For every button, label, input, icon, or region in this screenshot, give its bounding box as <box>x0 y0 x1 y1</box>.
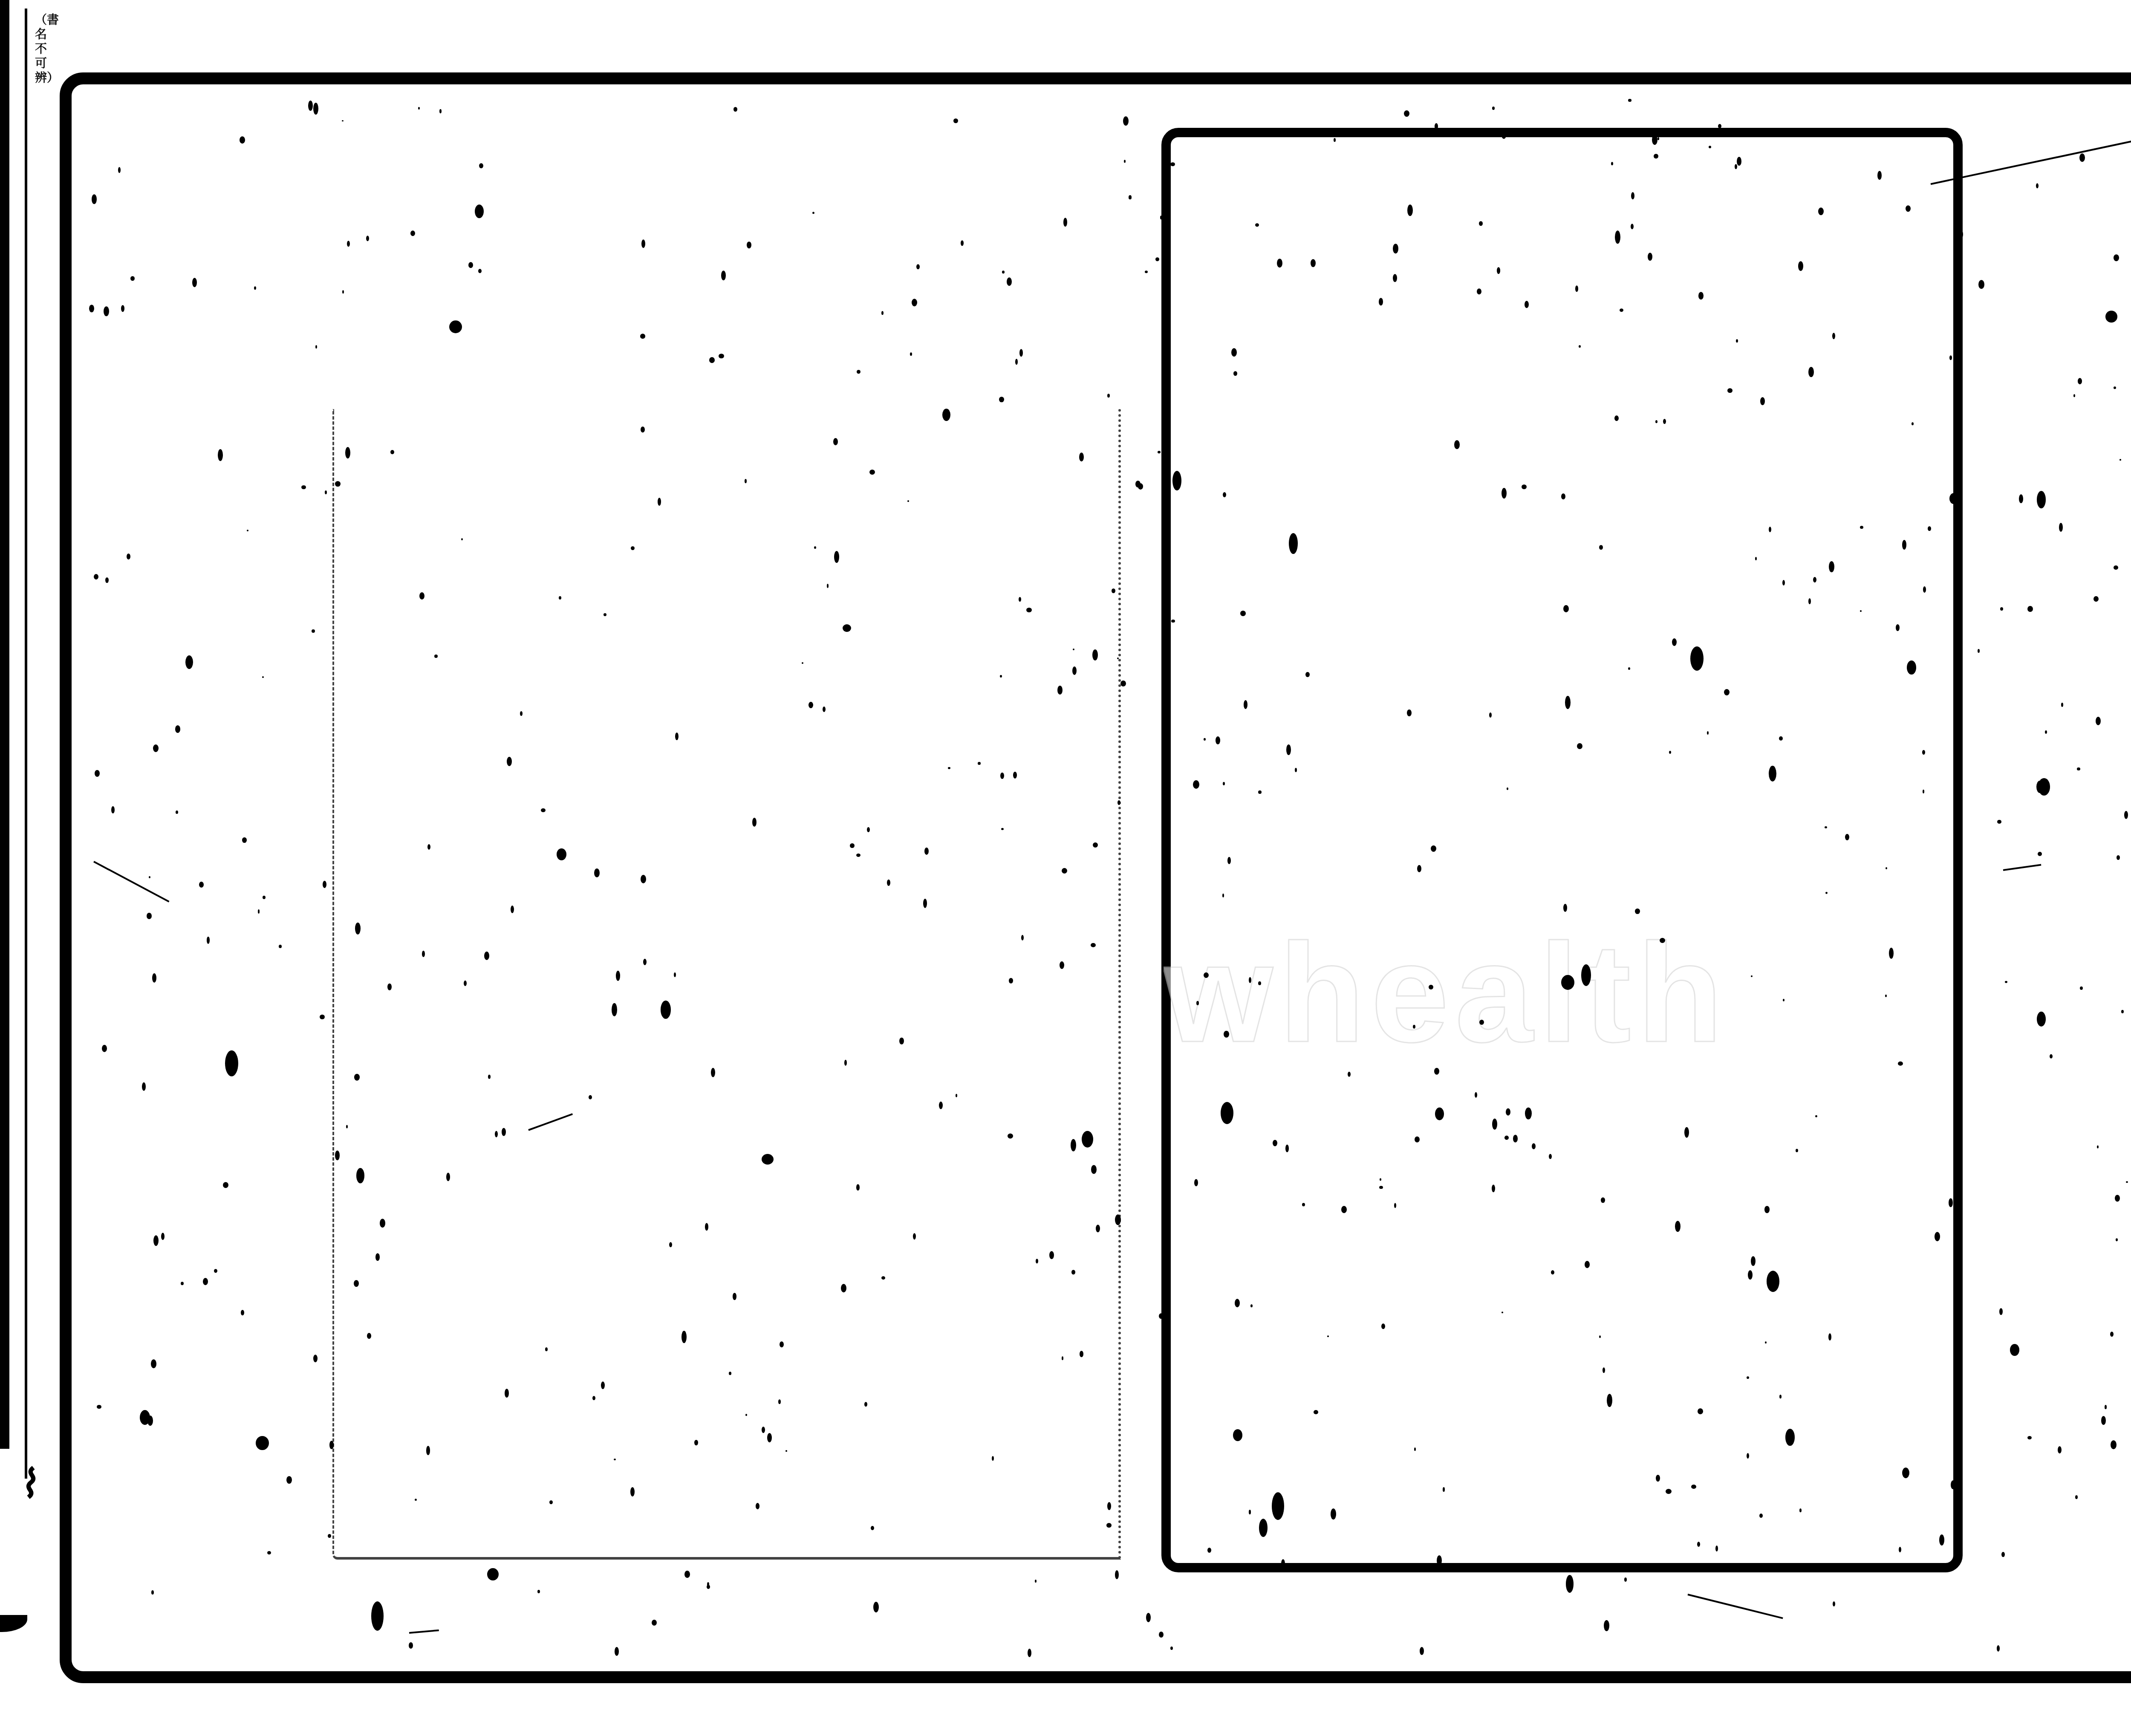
speck <box>2001 1552 2005 1557</box>
speck <box>1666 1489 1672 1494</box>
speck <box>1221 1102 1233 1124</box>
speck <box>913 1233 916 1240</box>
speck <box>1899 1547 1901 1552</box>
speck <box>329 1441 334 1449</box>
speck <box>1655 420 1657 423</box>
speck <box>1599 1335 1601 1338</box>
speck <box>2096 717 2101 725</box>
speck <box>1277 259 1282 268</box>
speck <box>1117 657 1119 659</box>
speck <box>2038 852 2042 856</box>
speck <box>1928 526 1931 531</box>
speck <box>328 1534 331 1538</box>
speck <box>1502 488 1507 499</box>
speck <box>1082 1131 1093 1148</box>
speck <box>2000 607 2003 611</box>
speck <box>721 271 726 280</box>
speck <box>380 1219 385 1227</box>
speck <box>1431 845 1436 852</box>
speck <box>2097 1145 2099 1148</box>
speck <box>923 899 927 908</box>
speck <box>2079 153 2085 162</box>
speck <box>1207 1548 1211 1552</box>
speck <box>641 239 645 248</box>
scan-edge <box>0 0 9 1449</box>
speck <box>881 1276 885 1280</box>
speck <box>1155 257 1159 261</box>
speck <box>2093 596 2099 602</box>
speck <box>1249 1510 1251 1514</box>
speck <box>181 1282 184 1285</box>
speck <box>487 1568 499 1580</box>
speck <box>1737 157 1741 166</box>
speck <box>910 352 912 355</box>
speck <box>2010 1344 2019 1356</box>
speck <box>844 1060 847 1066</box>
speck <box>1079 453 1084 461</box>
speck <box>1479 1020 1484 1025</box>
speck <box>1062 1356 1063 1360</box>
speck <box>956 1094 957 1097</box>
speck <box>130 276 135 281</box>
speck <box>1223 782 1225 785</box>
speck <box>652 1620 657 1626</box>
speck <box>2105 311 2117 323</box>
speck <box>1532 1143 1536 1149</box>
speck <box>254 286 256 289</box>
speck <box>942 409 950 421</box>
speck <box>153 744 159 752</box>
speck <box>1949 355 1952 360</box>
speck <box>1648 253 1652 261</box>
speck <box>1420 1647 1424 1655</box>
speck <box>1071 1139 1076 1151</box>
speck <box>1249 977 1251 983</box>
speck <box>1507 787 1508 790</box>
speck <box>1013 772 1017 778</box>
speck <box>1171 620 1175 623</box>
speck <box>1007 277 1012 286</box>
speck <box>707 1585 710 1589</box>
speck <box>354 1074 360 1080</box>
speck <box>887 880 890 886</box>
speck <box>631 546 635 550</box>
speck <box>147 1416 153 1426</box>
speck <box>308 101 313 111</box>
speck <box>705 1223 708 1231</box>
speck <box>1417 865 1421 872</box>
speck <box>1393 244 1398 254</box>
speck <box>1783 999 1784 1001</box>
speck <box>1244 700 1247 709</box>
speck <box>823 707 826 712</box>
speck <box>175 725 180 732</box>
speck <box>2036 183 2039 188</box>
speck <box>767 1433 772 1442</box>
speck <box>589 1095 592 1099</box>
speck <box>1146 1613 1151 1622</box>
speck <box>312 629 315 633</box>
speck <box>390 450 394 454</box>
speck <box>1684 1127 1689 1138</box>
speck <box>488 1075 491 1079</box>
speck <box>864 1402 867 1407</box>
speck <box>1575 285 1578 291</box>
speck <box>375 1253 380 1261</box>
speck <box>1735 164 1737 169</box>
speck <box>1258 790 1262 794</box>
speck <box>1513 1135 1518 1142</box>
speck <box>387 983 392 991</box>
speck <box>953 118 958 123</box>
speck <box>1978 280 1984 289</box>
speck <box>1443 1487 1445 1491</box>
speck <box>1818 208 1824 216</box>
speck <box>419 592 424 600</box>
speck <box>684 1571 690 1578</box>
speck <box>1798 261 1803 271</box>
speck <box>1808 598 1811 604</box>
speck <box>461 538 463 540</box>
speck <box>2110 1332 2114 1337</box>
right-panel-frame <box>1161 128 1963 1572</box>
speck <box>674 972 676 978</box>
speck <box>1779 736 1783 741</box>
speck <box>1163 1130 1167 1135</box>
speck <box>833 438 838 445</box>
speck <box>147 913 152 919</box>
speck <box>1997 1645 2000 1652</box>
speck <box>1898 1061 1903 1066</box>
speck <box>92 194 97 205</box>
speck <box>1008 1133 1013 1139</box>
speck <box>1751 1256 1756 1266</box>
speck <box>1429 985 1433 989</box>
speck <box>1506 1108 1510 1116</box>
speck <box>719 354 724 358</box>
speck <box>1885 995 1887 997</box>
speck <box>612 1003 617 1016</box>
speck <box>1138 483 1143 490</box>
speck <box>912 299 917 306</box>
speck <box>1302 1203 1305 1206</box>
speck <box>1951 1480 1955 1489</box>
speck <box>1828 1333 1831 1341</box>
speck <box>1305 672 1310 678</box>
speck <box>1579 345 1581 348</box>
speck <box>1525 301 1529 308</box>
speck <box>1379 298 1383 306</box>
speck <box>511 905 514 913</box>
speck <box>2080 986 2083 990</box>
speck <box>641 427 645 433</box>
speck <box>240 136 245 144</box>
speck <box>218 449 223 461</box>
speck <box>1435 1107 1444 1120</box>
speck <box>756 1503 759 1509</box>
speck <box>1071 1270 1075 1274</box>
speck <box>1565 696 1571 709</box>
speck <box>484 952 489 960</box>
speck <box>603 613 606 616</box>
speck <box>335 1151 340 1160</box>
speck <box>409 1642 413 1648</box>
speck <box>733 1293 736 1300</box>
speck <box>342 120 344 122</box>
speck <box>223 1182 228 1188</box>
speck <box>1502 1312 1503 1313</box>
speck <box>778 1399 781 1404</box>
speck <box>149 876 150 879</box>
speck <box>1035 1580 1037 1582</box>
speck <box>1295 768 1297 772</box>
speck <box>320 1015 325 1019</box>
speck <box>1492 107 1495 110</box>
speck <box>422 951 425 957</box>
speck <box>711 1068 715 1077</box>
speck <box>1240 611 1246 616</box>
speck <box>1311 259 1316 267</box>
speck <box>1563 904 1567 912</box>
speck <box>1479 221 1483 226</box>
speck <box>1769 766 1776 781</box>
speck <box>1959 230 1963 238</box>
speck <box>594 868 600 877</box>
speck <box>520 711 523 716</box>
speck <box>1015 359 1018 365</box>
speck <box>1727 388 1733 392</box>
speck <box>1620 309 1623 312</box>
speck <box>709 357 715 363</box>
speck <box>2114 254 2119 261</box>
speck <box>2116 1238 2118 1241</box>
speck <box>1227 857 1231 864</box>
speck <box>1923 790 1924 793</box>
speck <box>899 1038 904 1045</box>
speck <box>366 236 369 241</box>
speck <box>256 1436 269 1450</box>
speck <box>1117 800 1120 805</box>
speck <box>1813 577 1816 583</box>
speck <box>615 1647 619 1655</box>
speck <box>999 397 1004 402</box>
speck <box>418 107 420 110</box>
speck <box>105 577 109 583</box>
speck <box>1958 505 1961 511</box>
speck <box>267 1551 271 1554</box>
speck <box>507 757 512 766</box>
speck <box>2111 1440 2117 1449</box>
speck <box>95 770 100 777</box>
speck <box>1698 292 1704 300</box>
speck <box>939 1102 943 1109</box>
speck <box>279 945 282 948</box>
spine-title: （書名不可辨） <box>35 13 49 85</box>
speck <box>1223 492 1226 497</box>
speck <box>214 1269 217 1273</box>
speck <box>1170 1647 1173 1650</box>
speck <box>1124 160 1126 163</box>
speck <box>630 1487 635 1497</box>
speck <box>1193 780 1199 789</box>
speck <box>1782 580 1785 585</box>
speck <box>1092 649 1098 660</box>
speck <box>1272 1492 1284 1520</box>
speck <box>335 481 341 487</box>
speck <box>1949 1198 1953 1207</box>
speck <box>1652 135 1657 145</box>
speck <box>1906 205 1911 212</box>
speck <box>1380 1178 1381 1181</box>
speck <box>89 305 94 312</box>
speck <box>733 107 737 112</box>
speck <box>1115 1570 1119 1579</box>
speck <box>286 1476 292 1484</box>
speck <box>1581 964 1591 986</box>
speck <box>2027 1436 2032 1439</box>
speck <box>1019 349 1023 356</box>
speck <box>827 584 829 588</box>
speck <box>1504 1136 1509 1140</box>
speck <box>342 290 344 294</box>
speck <box>850 843 855 848</box>
speck <box>809 702 813 708</box>
margin-mark: ⌇ <box>18 1460 43 1507</box>
speck <box>978 762 981 764</box>
speck <box>1327 1335 1329 1337</box>
speck <box>347 241 350 247</box>
speck <box>1709 146 1711 148</box>
speck <box>1764 1206 1770 1213</box>
speck <box>262 676 264 678</box>
speck <box>1314 1410 1318 1414</box>
speck <box>1577 743 1582 749</box>
speck <box>439 109 442 113</box>
speck <box>127 554 130 559</box>
speck <box>1106 1523 1112 1528</box>
speck <box>1115 1214 1121 1225</box>
speck <box>1379 1186 1383 1189</box>
speck <box>152 973 156 983</box>
speck <box>1935 1232 1940 1241</box>
speck <box>1194 1179 1198 1186</box>
speck <box>1611 162 1613 165</box>
speck <box>1978 649 1980 653</box>
speck <box>1796 1149 1798 1152</box>
speck <box>1902 540 1906 549</box>
scan-edge-foot <box>0 1615 27 1632</box>
speck <box>1675 1221 1681 1232</box>
speck <box>1273 1140 1277 1146</box>
speck <box>1286 744 1291 755</box>
speck <box>2027 606 2033 612</box>
speck <box>856 854 860 857</box>
speck <box>802 662 803 664</box>
speck <box>780 1341 784 1347</box>
speck <box>907 500 909 502</box>
speck <box>1697 1542 1700 1547</box>
speck <box>1691 1485 1696 1489</box>
speck <box>1331 1508 1336 1520</box>
speck <box>549 1500 553 1504</box>
speck <box>1759 1514 1763 1518</box>
speck <box>2045 730 2047 734</box>
speck <box>2061 703 2063 707</box>
speck <box>1718 124 1721 128</box>
speck <box>1002 271 1005 273</box>
speck <box>1000 675 1002 678</box>
speck <box>857 370 860 374</box>
speck <box>410 231 415 236</box>
speck <box>694 1440 698 1445</box>
speck <box>1767 1271 1779 1292</box>
speck <box>616 971 620 981</box>
speck <box>1669 751 1671 754</box>
speck <box>1204 972 1209 978</box>
speck <box>356 1168 364 1183</box>
speck <box>1604 1620 1609 1631</box>
speck <box>1393 274 1397 282</box>
book-spine <box>25 9 38 1479</box>
speck <box>2038 778 2050 795</box>
speck <box>1603 1367 1605 1373</box>
speck <box>1009 978 1013 983</box>
speck <box>747 242 751 249</box>
speck <box>1566 1575 1574 1593</box>
speck <box>371 1601 384 1631</box>
speck <box>992 1456 994 1461</box>
speck <box>1258 981 1261 985</box>
speck <box>1028 1649 1031 1657</box>
speck <box>640 334 645 338</box>
speck <box>675 732 679 740</box>
speck <box>1407 709 1412 716</box>
speck <box>1072 666 1077 675</box>
speck <box>856 1184 860 1190</box>
speck <box>2115 1195 2120 1202</box>
speck <box>1233 1429 1242 1441</box>
speck <box>1832 333 1835 339</box>
speck <box>2105 1405 2107 1409</box>
speck <box>1698 1408 1703 1414</box>
speck <box>537 1590 540 1593</box>
speck <box>729 1372 731 1375</box>
speck <box>1631 224 1634 229</box>
speck <box>192 278 197 287</box>
speck <box>1615 231 1620 244</box>
speck <box>559 596 561 599</box>
speck <box>468 262 473 268</box>
speck <box>661 1001 671 1018</box>
speck <box>1063 218 1067 227</box>
speck <box>1877 171 1882 180</box>
speck <box>745 1414 747 1416</box>
speck <box>258 909 260 913</box>
speck <box>346 1125 348 1128</box>
speck <box>1829 561 1834 573</box>
speck <box>924 848 929 855</box>
speck <box>752 818 757 827</box>
speck <box>151 1359 156 1368</box>
speck <box>814 546 816 548</box>
speck <box>203 1278 208 1285</box>
speck <box>426 1446 430 1455</box>
speck <box>1289 533 1298 554</box>
speck <box>1923 586 1926 593</box>
speck <box>1657 137 1659 140</box>
speck <box>1551 1270 1554 1275</box>
speck <box>1624 1577 1627 1582</box>
